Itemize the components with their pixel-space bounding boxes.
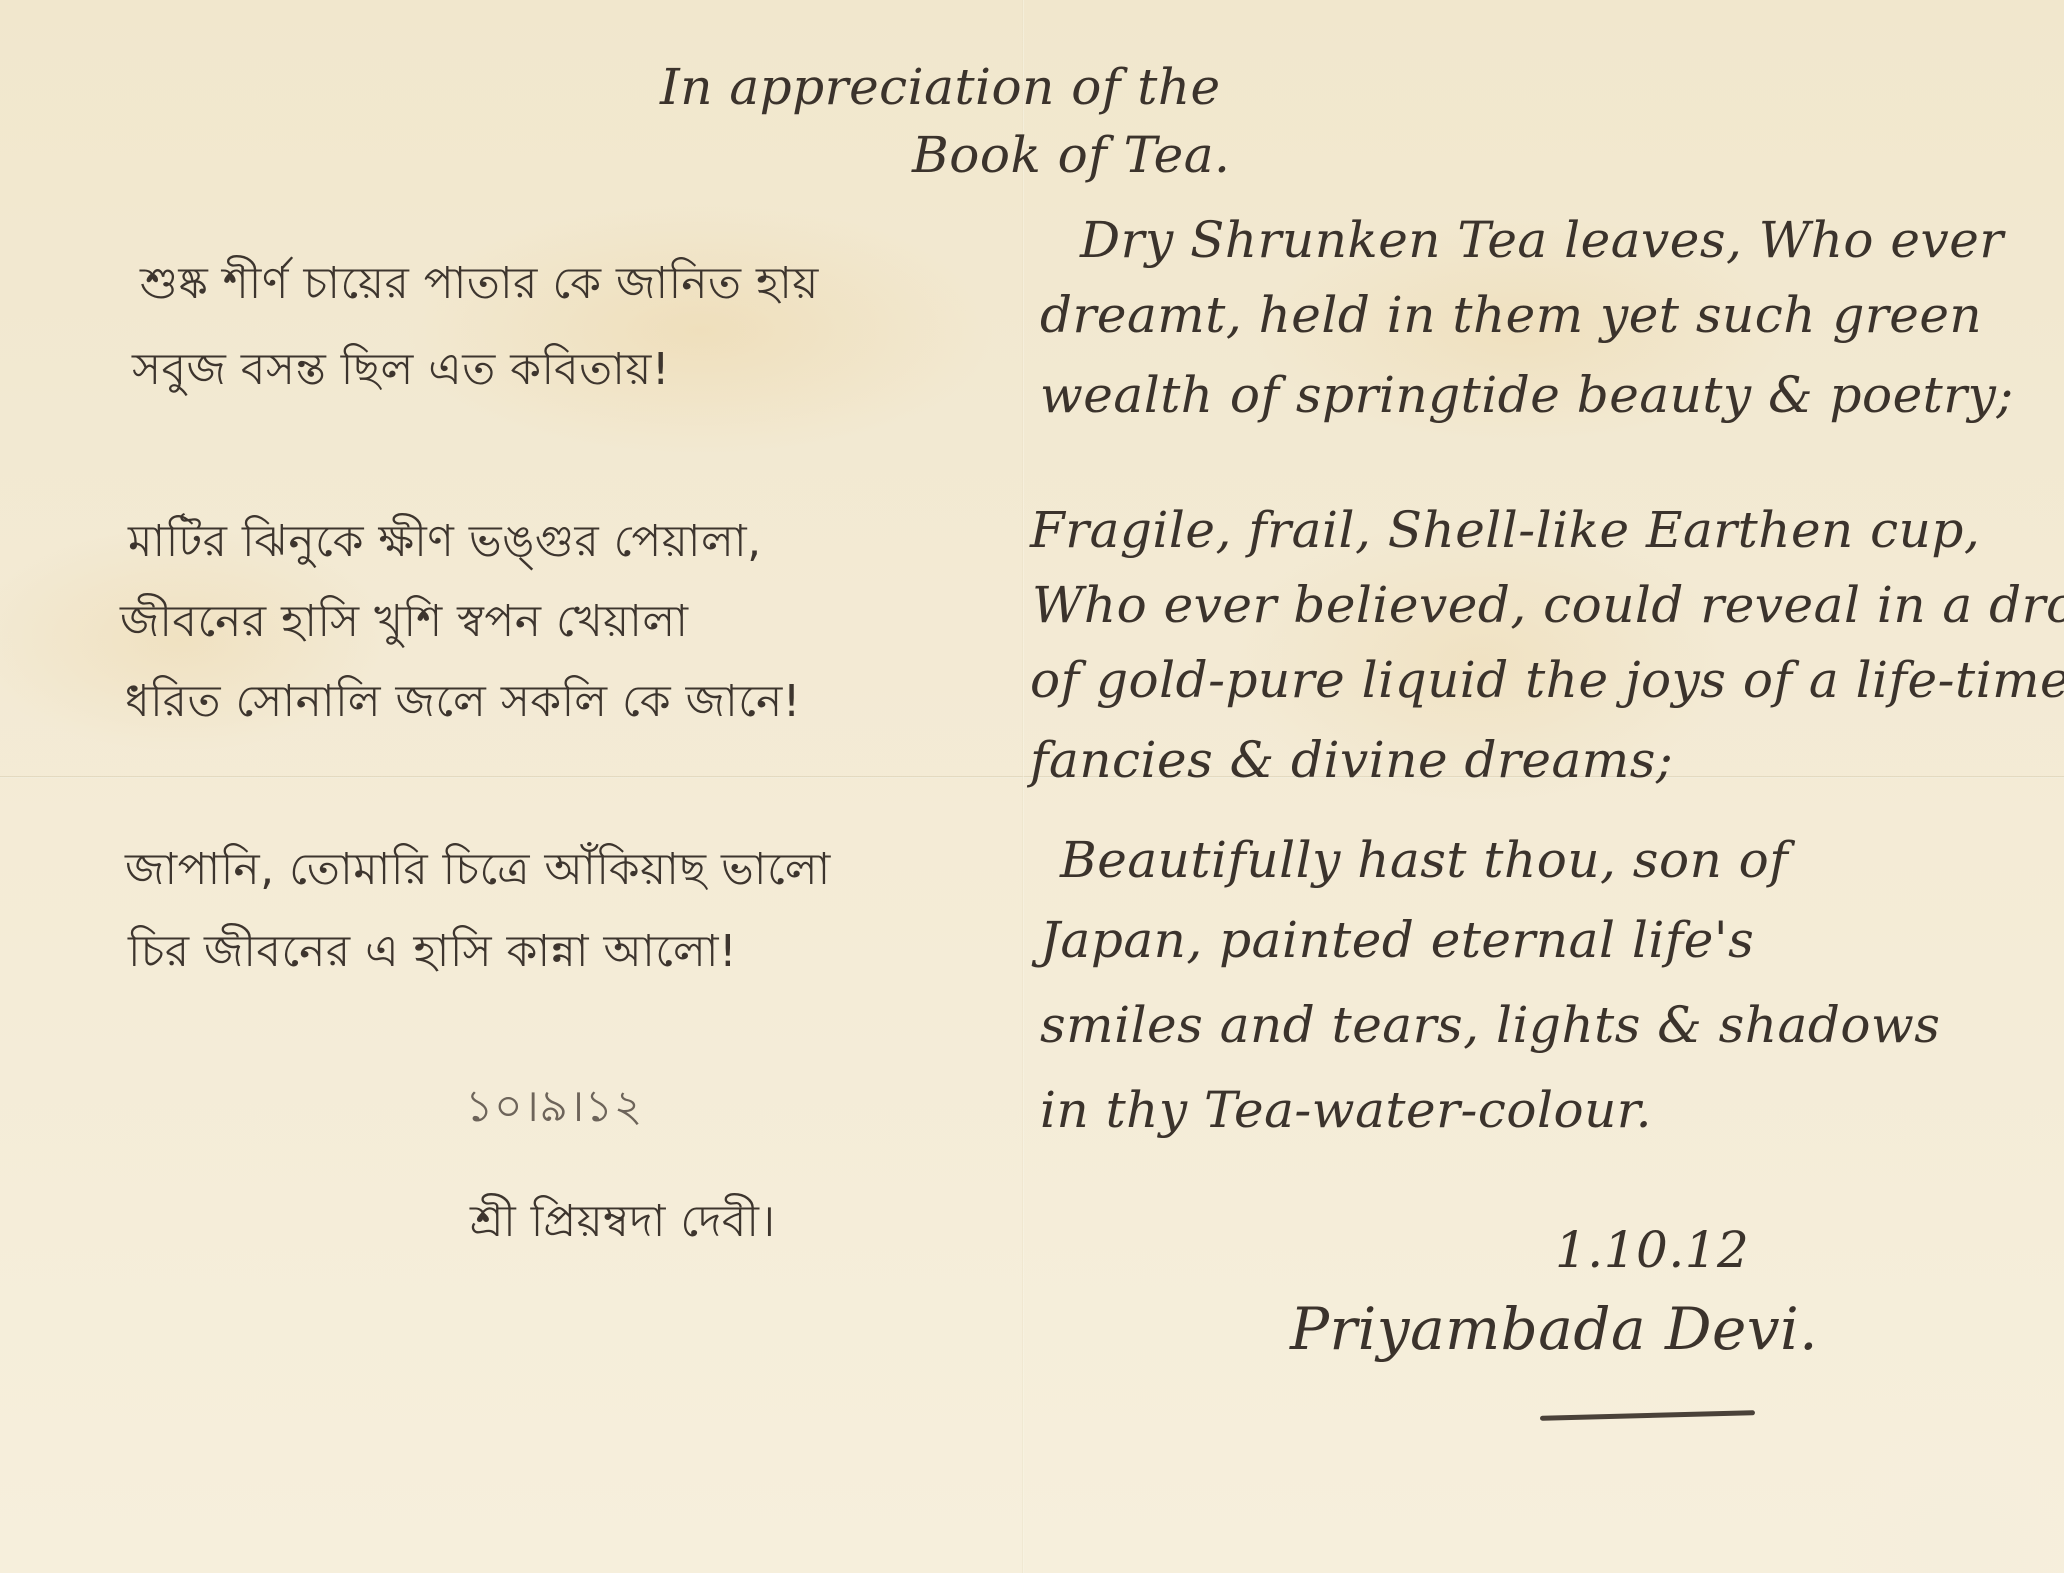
title-line-1: In appreciation of the bbox=[660, 62, 1221, 112]
english-line: of gold-pure liquid the joys of a life-t… bbox=[1030, 655, 2064, 705]
bengali-line: সবুজ বসন্ত ছিল এত কবিতায়! bbox=[132, 348, 670, 392]
english-date: 1.10.12 bbox=[1555, 1225, 1749, 1275]
english-line: wealth of springtide beauty & poetry; bbox=[1040, 370, 2014, 420]
english-line: dreamt, held in them yet such green bbox=[1040, 290, 1982, 340]
bengali-line: শুষ্ক শীর্ণ চায়ের পাতার কে জানিত হায় bbox=[140, 262, 819, 306]
english-line: fancies & divine dreams; bbox=[1030, 735, 1673, 785]
vertical-fold-line bbox=[1022, 0, 1024, 1573]
title-line-2: Book of Tea. bbox=[912, 130, 1230, 180]
bengali-date: ১০।৯।১২ bbox=[465, 1085, 643, 1129]
bengali-signature: শ্রী প্রিয়ম্বদা দেবী। bbox=[470, 1200, 776, 1244]
english-line: Dry Shrunken Tea leaves, Who ever bbox=[1080, 215, 2004, 265]
bengali-line: ধরিত সোনালি জলে সকলি কে জানে! bbox=[125, 680, 801, 724]
english-line: smiles and tears, lights & shadows bbox=[1040, 1000, 1940, 1050]
english-line: in thy Tea-water-colour. bbox=[1040, 1085, 1652, 1135]
english-line: Beautifully hast thou, son of bbox=[1060, 835, 1788, 885]
bengali-line: জাপানি, তোমারি চিত্রে আঁকিয়াছ ভালো bbox=[125, 848, 831, 892]
bengali-line: মাটির ঝিনুকে ক্ষীণ ভঙ্গুর পেয়ালা, bbox=[128, 520, 762, 564]
bengali-line: চির জীবনের এ হাসি কান্না আলো! bbox=[128, 930, 737, 974]
bengali-line: জীবনের হাসি খুশি স্বপন খেয়ালা bbox=[120, 600, 688, 644]
english-signature: Priyambada Devi. bbox=[1290, 1300, 1818, 1358]
english-line: Fragile, frail, Shell-like Earthen cup, bbox=[1030, 505, 1980, 555]
english-line: Who ever believed, could reveal in a dro… bbox=[1032, 580, 2064, 630]
english-line: Japan, painted eternal life's bbox=[1040, 915, 1754, 965]
